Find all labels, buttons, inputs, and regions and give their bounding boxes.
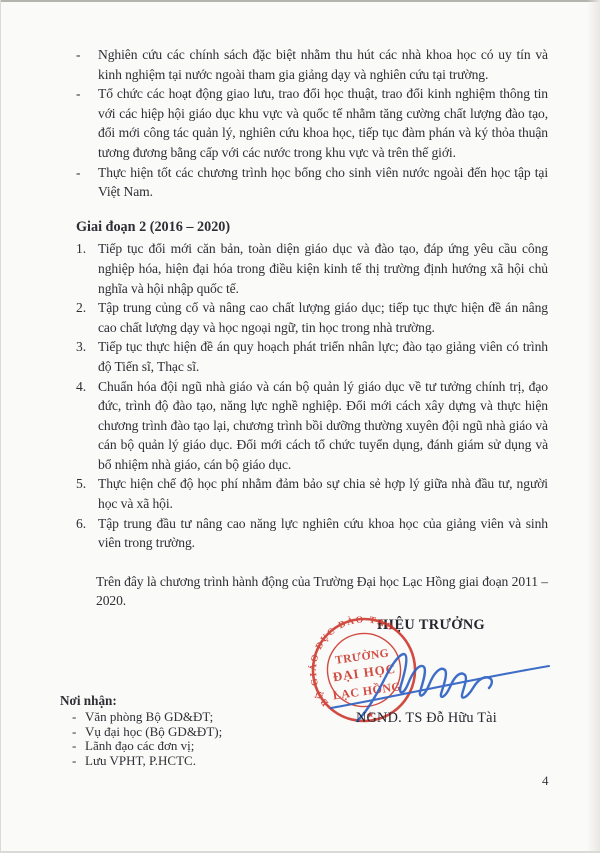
signature-underline-stroke <box>331 666 549 708</box>
numbered-text: Tiếp tục đổi mới căn bản, toàn diện giáo… <box>98 241 548 295</box>
document-page: - Nghiên cứu các chính sách đặc biệt nhằ… <box>0 0 600 853</box>
number-marker: 3. <box>76 337 86 357</box>
dash-bullet-list: - Nghiên cứu các chính sách đặc biệt nhằ… <box>76 45 548 202</box>
signer-name: NGND. TS Đỗ Hữu Tài <box>356 710 497 727</box>
number-marker: 4. <box>76 377 86 397</box>
recipient-item: - Vụ đại học (Bộ GD&ĐT); <box>72 725 222 740</box>
recipients-list: - Văn phòng Bộ GD&ĐT; - Vụ đại học (Bộ G… <box>60 710 222 769</box>
bullet-text: Thực hiện tốt các chương trình học bổng … <box>98 165 548 200</box>
numbered-item: 5. Thực hiện chế độ học phí nhằm đảm bảo… <box>76 474 548 513</box>
numbered-text: Tiếp tục thực hiện đề án quy hoạch phát … <box>98 339 548 374</box>
dash-marker: - <box>72 739 76 754</box>
document-body: - Nghiên cứu các chính sách đặc biệt nhằ… <box>76 45 548 611</box>
bullet-text: Tổ chức các hoạt động giao lưu, trao đổi… <box>98 86 548 160</box>
recipient-item: - Lãnh đạo các đơn vị; <box>72 739 222 754</box>
dash-marker: - <box>76 84 80 104</box>
recipient-text: Vụ đại học (Bộ GD&ĐT); <box>85 724 222 739</box>
bullet-item: - Nghiên cứu các chính sách đặc biệt nhằ… <box>76 45 548 84</box>
scan-edge-right <box>587 0 600 853</box>
numbered-text: Tập trung củng cố và nâng cao chất lượng… <box>98 300 548 335</box>
number-marker: 6. <box>76 514 86 534</box>
numbered-item: 2. Tập trung củng cố và nâng cao chất lư… <box>76 298 548 337</box>
dash-marker: - <box>76 45 80 65</box>
numbered-text: Tập trung đầu tư nâng cao năng lực nghiê… <box>98 516 548 551</box>
numbered-item: 4. Chuẩn hóa đội ngũ nhà giáo và cán bộ … <box>76 377 548 475</box>
dash-marker: - <box>72 754 76 769</box>
dash-marker: - <box>76 163 80 183</box>
bullet-item: - Tổ chức các hoạt động giao lưu, trao đ… <box>76 84 548 162</box>
dash-marker: - <box>72 725 76 740</box>
numbered-item: 1. Tiếp tục đổi mới căn bản, toàn diện g… <box>76 239 548 298</box>
recipient-text: Lưu VPHT, P.HCTC. <box>85 753 196 768</box>
recipient-text: Văn phòng Bộ GD&ĐT; <box>85 709 213 724</box>
recipient-text: Lãnh đạo các đơn vị; <box>85 738 194 753</box>
scan-edge-top <box>0 0 600 2</box>
numbered-item: 3. Tiếp tục thực hiện đề án quy hoạch ph… <box>76 337 548 376</box>
recipients-block: Nơi nhận: - Văn phòng Bộ GD&ĐT; - Vụ đại… <box>60 694 222 769</box>
bullet-text: Nghiên cứu các chính sách đặc biệt nhằm … <box>98 47 548 82</box>
numbered-list: 1. Tiếp tục đổi mới căn bản, toàn diện g… <box>76 239 548 553</box>
handwritten-signature <box>293 628 563 723</box>
page-number: 4 <box>542 773 549 789</box>
number-marker: 5. <box>76 474 86 494</box>
scan-edge-left <box>0 0 1 853</box>
recipient-item: - Lưu VPHT, P.HCTC. <box>72 754 222 769</box>
recipient-item: - Văn phòng Bộ GD&ĐT; <box>72 710 222 725</box>
numbered-item: 6. Tập trung đầu tư nâng cao năng lực ng… <box>76 514 548 553</box>
number-marker: 1. <box>76 239 86 259</box>
bullet-item: - Thực hiện tốt các chương trình học bổn… <box>76 163 548 202</box>
section-title: Giai đoạn 2 (2016 – 2020) <box>76 218 548 238</box>
numbered-text: Thực hiện chế độ học phí nhằm đảm bảo sự… <box>98 476 548 511</box>
recipients-label: Nơi nhận: <box>60 694 222 709</box>
number-marker: 2. <box>76 298 86 318</box>
closing-paragraph: Trên đây là chương trình hành động của T… <box>96 572 548 611</box>
dash-marker: - <box>72 710 76 725</box>
numbered-text: Chuẩn hóa đội ngũ nhà giáo và cán bộ quả… <box>98 379 548 472</box>
